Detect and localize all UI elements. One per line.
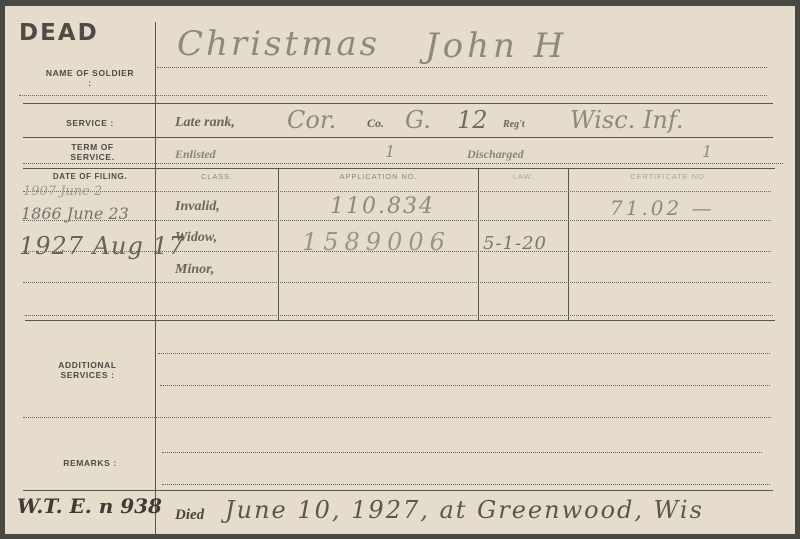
remarks-line-1 — [162, 452, 762, 453]
class-widow: Widow, — [175, 230, 217, 246]
application-no-header: APPLICATION NO. — [279, 172, 478, 181]
certificate-no-invalid: 71.02 — — [610, 196, 715, 220]
remarks-label: REMARKS : — [45, 458, 135, 468]
pension-index-card: DEAD NAME OF SOLDIER : Christmas John H … — [5, 6, 795, 534]
table-row-line-4 — [23, 282, 771, 283]
certificate-no-header: CERTIFICATE NO. — [569, 172, 769, 181]
remarks-line-2 — [162, 484, 770, 485]
left-column-divider — [155, 22, 156, 534]
table-row-line-2 — [23, 220, 771, 221]
soldier-surname: Christmas — [177, 24, 380, 64]
additional-services-label: ADDITIONAL SERVICES : — [35, 360, 140, 380]
enlisted-value: 1 — [385, 142, 395, 161]
law-widow: 5-1-20 — [483, 233, 547, 254]
term-of-service-label: TERM OF SERVICE. — [55, 142, 130, 162]
name-line-2 — [19, 95, 767, 96]
service-top-rule — [23, 103, 773, 104]
date-of-filing-header: DATE OF FILING. — [25, 172, 155, 182]
company-value: G. — [405, 106, 431, 134]
unit-value: Wisc. Inf. — [570, 106, 684, 134]
additional-line-1 — [158, 353, 770, 354]
table-bottom-rule — [25, 320, 775, 321]
enlisted-label: Enlisted — [175, 147, 216, 162]
service-bottom-rule — [23, 137, 773, 138]
discharged-label: Discharged — [467, 147, 524, 162]
footer-left-note: W.T. E. n 938 — [17, 494, 162, 518]
death-details: June 10, 1927, at Greenwood, Wis — [225, 496, 704, 524]
filing-date-3: 1927 Aug 17 — [19, 232, 185, 260]
name-line-1 — [157, 67, 767, 68]
filing-date-2: 1866 June 23 — [21, 204, 129, 223]
name-of-soldier-label: NAME OF SOLDIER : — [45, 68, 135, 88]
additional-line-2 — [160, 385, 770, 386]
regiment-number: 12 — [457, 106, 488, 134]
dead-stamp: DEAD — [19, 20, 99, 46]
table-top-rule — [23, 168, 775, 169]
class-header: CLASS. — [156, 172, 278, 181]
discharged-value: 1 — [702, 142, 712, 161]
additional-line-3 — [23, 417, 771, 418]
class-minor: Minor, — [175, 262, 214, 278]
rank-value: Cor. — [287, 106, 336, 134]
law-header: LAW. — [479, 172, 568, 181]
soldier-given-name: John H — [425, 26, 567, 66]
table-row-line-5 — [25, 315, 773, 316]
class-invalid: Invalid, — [175, 199, 220, 215]
table-row-line-1 — [23, 191, 771, 192]
co-label: Co. — [367, 116, 384, 131]
filing-date-1: 1907 June 2 — [23, 184, 102, 199]
died-label: Died — [175, 507, 204, 524]
application-no-widow: 1589006 — [302, 228, 451, 256]
regt-label: Reg't — [503, 119, 525, 130]
application-no-invalid: 110.834 — [330, 194, 435, 219]
late-rank-label: Late rank, — [175, 115, 235, 131]
service-label: SERVICE : — [45, 118, 135, 128]
term-line — [23, 163, 783, 164]
footer-top-rule — [23, 490, 773, 491]
